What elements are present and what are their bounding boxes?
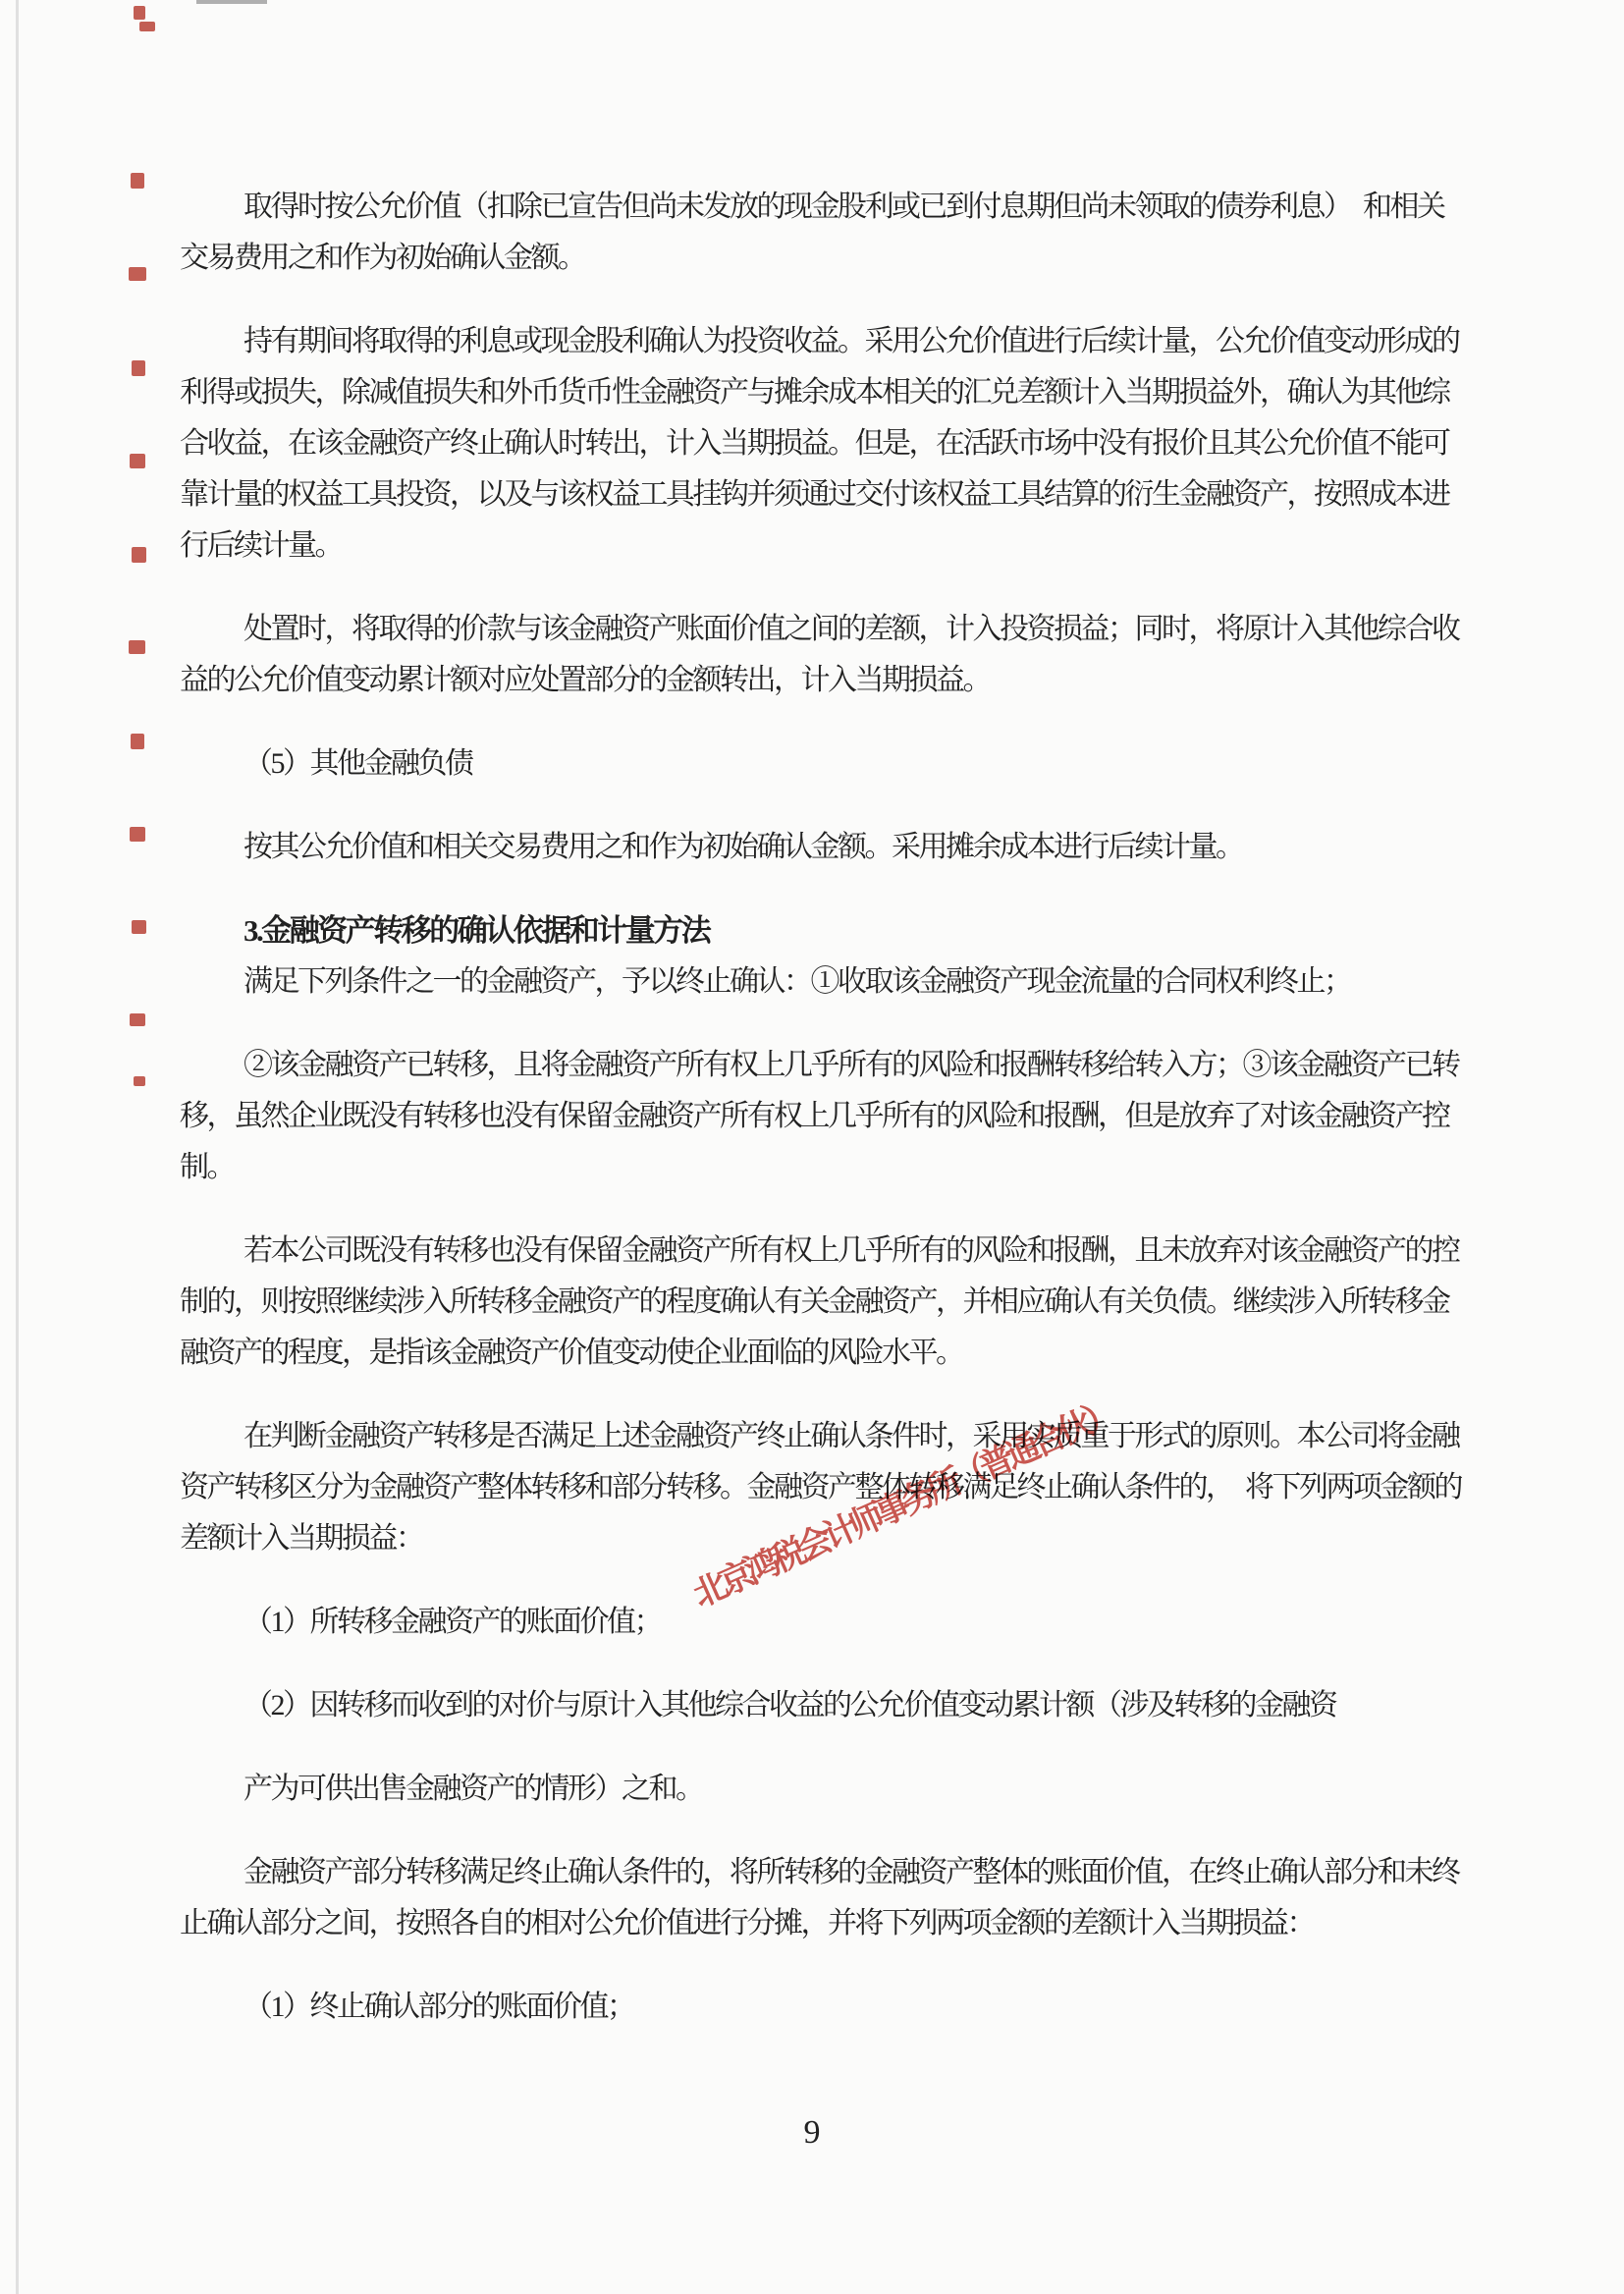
paragraph: （1）终止确认部分的账面价值；	[180, 1982, 1433, 2033]
seal-fragment-mark	[129, 640, 145, 654]
text-line: 资产转移区分为金融资产整体转移和部分转移。金融资产整体转移满足终止确认条件的， …	[180, 1462, 1433, 1513]
text-line: 若本公司既没有转移也没有保留金融资产所有权上几乎所有的风险和报酬，且未放弃对该金…	[180, 1226, 1433, 1277]
text-line: 止确认部分之间，按照各自的相对公允价值进行分摊，并将下列两项金额的差额计入当期损…	[180, 1898, 1433, 1949]
text-line: ②该金融资产已转移，且将金融资产所有权上几乎所有的风险和报酬转移给转入方；③该金…	[180, 1040, 1433, 1091]
seal-fragment-mark	[132, 547, 146, 563]
text-line: 交易费用之和作为初始确认金额。	[180, 233, 1433, 284]
seal-fragment-mark	[130, 454, 145, 468]
text-line: 合收益，在该金融资产终止确认时转出，计入当期损益。但是，在活跃市场中没有报价且其…	[180, 418, 1433, 469]
text-line: （2）因转移而收到的对价与原计入其他综合收益的公允价值变动累计额（涉及转移的金融…	[180, 1680, 1433, 1731]
text-line: 产为可供出售金融资产的情形）之和。	[180, 1764, 1433, 1815]
text-line: 靠计量的权益工具投资，以及与该权益工具挂钩并须通过交付该权益工具结算的衍生金融资…	[180, 469, 1433, 520]
seal-fragment-mark	[131, 173, 144, 189]
seal-fragment-mark	[139, 22, 155, 31]
text-line: 持有期间将取得的利息或现金股利确认为投资收益。采用公允价值进行后续计量，公允价值…	[180, 316, 1433, 367]
section-heading: 3.金融资产转移的确认依据和计量方法	[180, 905, 1433, 956]
paragraph: ②该金融资产已转移，且将金融资产所有权上几乎所有的风险和报酬转移给转入方；③该金…	[180, 1040, 1433, 1193]
text-line: （1）终止确认部分的账面价值；	[180, 1982, 1433, 2033]
text-line: 移，虽然企业既没有转移也没有保留金融资产所有权上几乎所有的风险和报酬，但是放弃了…	[180, 1091, 1433, 1142]
text-line: （1）所转移金融资产的账面价值；	[180, 1597, 1433, 1648]
text-line: 融资产的程度，是指该金融资产价值变动使企业面临的风险水平。	[180, 1328, 1433, 1379]
text-line: 在判断金融资产转移是否满足上述金融资产终止确认条件时，采用实质重于形式的原则。本…	[180, 1411, 1433, 1462]
text-line: 行后续计量。	[180, 520, 1433, 572]
text-line: 制的，则按照继续涉入所转移金融资产的程度确认有关金融资产，并相应确认有关负债。继…	[180, 1277, 1433, 1328]
seal-fragment-mark	[129, 267, 146, 281]
paragraph: 持有期间将取得的利息或现金股利确认为投资收益。采用公允价值进行后续计量，公允价值…	[180, 316, 1433, 572]
seal-fragment-mark	[130, 827, 145, 842]
text-line: 金融资产部分转移满足终止确认条件的，将所转移的金融资产整体的账面价值，在终止确认…	[180, 1847, 1433, 1898]
document-body: 取得时按公允价值（扣除已宣告但尚未发放的现金股利或已到付息期但尚未领取的债券利息…	[180, 0, 1433, 2033]
text-line: 3.金融资产转移的确认依据和计量方法	[180, 905, 1433, 956]
paragraph: 处置时，将取得的价款与该金融资产账面价值之间的差额，计入投资损益；同时，将原计入…	[180, 604, 1433, 706]
paragraph: （2）因转移而收到的对价与原计入其他综合收益的公允价值变动累计额（涉及转移的金融…	[180, 1680, 1433, 1731]
paragraph: 取得时按公允价值（扣除已宣告但尚未发放的现金股利或已到付息期但尚未领取的债券利息…	[180, 182, 1433, 284]
paragraph: 金融资产部分转移满足终止确认条件的，将所转移的金融资产整体的账面价值，在终止确认…	[180, 1847, 1433, 1949]
text-line: 利得或损失，除减值损失和外币货币性金融资产与摊余成本相关的汇兑差额计入当期损益外…	[180, 367, 1433, 418]
page-number: 9	[0, 2114, 1624, 2152]
text-line: （5）其他金融负债	[180, 738, 1433, 790]
paragraph: 满足下列条件之一的金融资产，予以终止确认：①收取该金融资产现金流量的合同权利终止…	[180, 956, 1433, 1008]
text-line: 益的公允价值变动累计额对应处置部分的金额转出，计入当期损益。	[180, 655, 1433, 706]
text-line: 满足下列条件之一的金融资产，予以终止确认：①收取该金融资产现金流量的合同权利终止…	[180, 956, 1433, 1008]
seal-fragment-mark	[130, 1013, 145, 1026]
seal-fragment-mark	[134, 6, 145, 20]
seal-fragment-mark	[131, 734, 144, 749]
text-line: 取得时按公允价值（扣除已宣告但尚未发放的现金股利或已到付息期但尚未领取的债券利息…	[180, 182, 1433, 233]
paragraph: （5）其他金融负债	[180, 738, 1433, 790]
scan-edge-line	[16, 0, 19, 2294]
paragraph: 按其公允价值和相关交易费用之和作为初始确认金额。采用摊余成本进行后续计量。	[180, 822, 1433, 873]
seal-fragment-mark	[132, 360, 145, 376]
text-line: 按其公允价值和相关交易费用之和作为初始确认金额。采用摊余成本进行后续计量。	[180, 822, 1433, 873]
text-line: 制。	[180, 1142, 1433, 1193]
document-page: 取得时按公允价值（扣除已宣告但尚未发放的现金股利或已到付息期但尚未领取的债券利息…	[0, 0, 1624, 2294]
seal-fragment-mark	[134, 1076, 145, 1086]
seal-fragment-mark	[132, 920, 146, 934]
text-line: 处置时，将取得的价款与该金融资产账面价值之间的差额，计入投资损益；同时，将原计入…	[180, 604, 1433, 655]
paragraph: 产为可供出售金融资产的情形）之和。	[180, 1764, 1433, 1815]
paragraph: 若本公司既没有转移也没有保留金融资产所有权上几乎所有的风险和报酬，且未放弃对该金…	[180, 1226, 1433, 1379]
paragraph: （1）所转移金融资产的账面价值；	[180, 1597, 1433, 1648]
